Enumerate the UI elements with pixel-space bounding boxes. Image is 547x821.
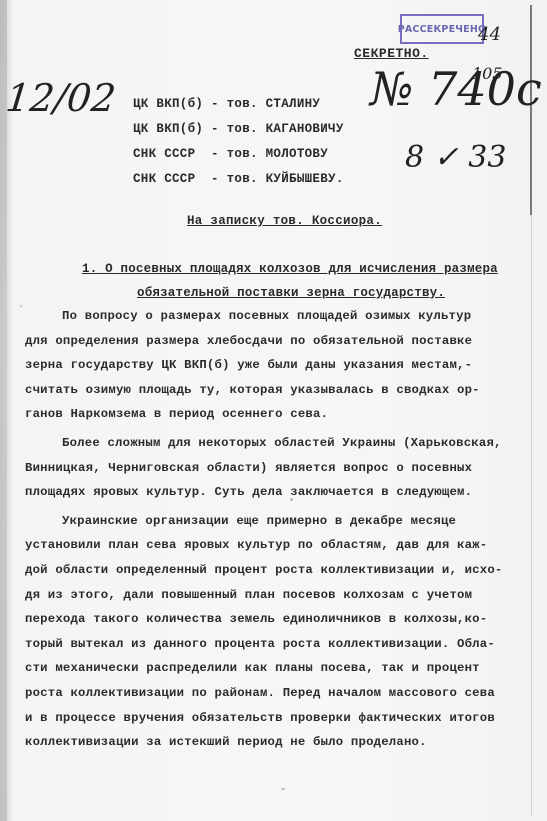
text-line: зерна государству ЦК ВКП(б) уже были дан… <box>25 353 530 378</box>
scan-speck <box>290 498 293 501</box>
paragraph: Более сложным для некоторых областей Укр… <box>25 431 530 505</box>
handwritten-document-number: № 740с <box>370 62 542 116</box>
handwritten-superscript: 105 <box>472 64 503 83</box>
handwritten-date: 12/02 <box>4 76 118 120</box>
section-number: 1. <box>82 262 97 276</box>
text-line: площадях яровых культур. Суть дела заклю… <box>25 480 530 505</box>
paragraph: Украинские организации еще примерно в де… <box>25 509 530 755</box>
declassified-stamp: РАССЕКРЕЧЕНО <box>400 14 484 44</box>
stamp-text: РАССЕКРЕЧЕНО <box>398 24 487 35</box>
text-line: сти механически распределили как планы п… <box>25 656 530 681</box>
text-line: для определения размера хлебосдачи по об… <box>25 329 530 354</box>
section-title-line-1: 1. О посевных площадях колхозов для исчи… <box>82 257 522 281</box>
addressee: СНК СССР - тов. МОЛОТОВУ <box>133 142 344 167</box>
text-line: ганов Наркомзема в период осеннего сева. <box>25 402 530 427</box>
section-title-line-2: обязательной поставки зерна государству. <box>82 281 522 305</box>
section-heading: 1. О посевных площадях колхозов для исчи… <box>82 257 522 305</box>
scan-speck <box>20 305 22 307</box>
document-body: По вопросу о размерах посевных площадей … <box>25 304 530 759</box>
addressee-list: ЦК ВКП(б) - тов. СТАЛИНУ ЦК ВКП(б) - тов… <box>133 92 344 192</box>
addressee: ЦК ВКП(б) - тов. КАГАНОВИЧУ <box>133 117 344 142</box>
subject-heading: На записку тов. Коссиора. <box>187 214 382 228</box>
text-line: коллективизации за истекший период не бы… <box>25 730 530 755</box>
text-line: Украинские организации еще примерно в де… <box>25 509 530 534</box>
text-line: перехода такого количества земель единол… <box>25 607 530 632</box>
addressee: СНК СССР - тов. КУЙБЫШЕВУ. <box>133 167 344 192</box>
text-line: и в процессе вручения обязательств прове… <box>25 706 530 731</box>
classification-label: СЕКРЕТНО. <box>354 46 429 61</box>
text-line: торый вытекал из данного процента роста … <box>25 632 530 657</box>
text-line: По вопросу о размерах посевных площадей … <box>25 304 530 329</box>
text-line: считать озимую площадь ту, которая указы… <box>25 378 530 403</box>
text-line: дя из этого, дали повышенный план посево… <box>25 583 530 608</box>
addressee: ЦК ВКП(б) - тов. СТАЛИНУ <box>133 92 344 117</box>
handwritten-corner-number: 44 <box>478 24 501 45</box>
margin-rule-faint <box>531 215 532 815</box>
text-line: роста коллективизации по районам. Перед … <box>25 681 530 706</box>
text-line: дой области определенный процент роста к… <box>25 558 530 583</box>
text-line: Более сложным для некоторых областей Укр… <box>25 431 530 456</box>
document-page: РАССЕКРЕЧЕНО СЕКРЕТНО. 44 12/02 № 740с 1… <box>0 0 547 821</box>
scan-speck <box>281 788 285 790</box>
paragraph: По вопросу о размерах посевных площадей … <box>25 304 530 427</box>
handwritten-signature: 8 ✓ 33 <box>405 140 506 175</box>
text-line: установили план сева яровых культур по о… <box>25 533 530 558</box>
scan-edge-shadow <box>0 0 7 821</box>
text-line: Винницкая, Черниговская области) являетс… <box>25 456 530 481</box>
